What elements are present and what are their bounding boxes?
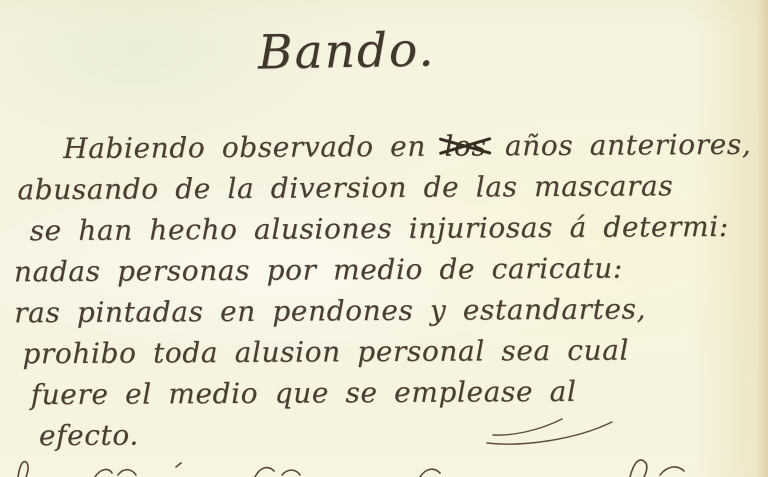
manuscript-line: Habiendo observado en los años anteriore… — [63, 124, 767, 169]
document-title: Bando. — [258, 22, 436, 80]
cutoff-line-strokes — [0, 453, 768, 477]
document-body: Habiendo observado en los años anteriore… — [13, 124, 768, 457]
manuscript-line: fuere el medio que se emplease al — [31, 370, 768, 416]
line-text: Habiendo observado en — [63, 130, 442, 165]
manuscript-line: se han hecho alusiones injuriosas á dete… — [30, 206, 768, 252]
manuscript-line: prohibo toda alusion personal sea cual — [22, 329, 768, 375]
manuscript-line: ras pintadas en pendones y estandartes, — [14, 288, 768, 334]
struck-out-word: los — [442, 125, 488, 166]
manuscript-line: nadas personas por medio de caricatu: — [14, 247, 768, 293]
manuscript-page: Bando. Habiendo observado en los años an… — [0, 0, 768, 477]
manuscript-line: abusando de la diversion de las mascaras — [17, 165, 767, 211]
manuscript-line: efecto. — [39, 411, 768, 456]
line-text: años anteriores, que — [488, 127, 768, 162]
